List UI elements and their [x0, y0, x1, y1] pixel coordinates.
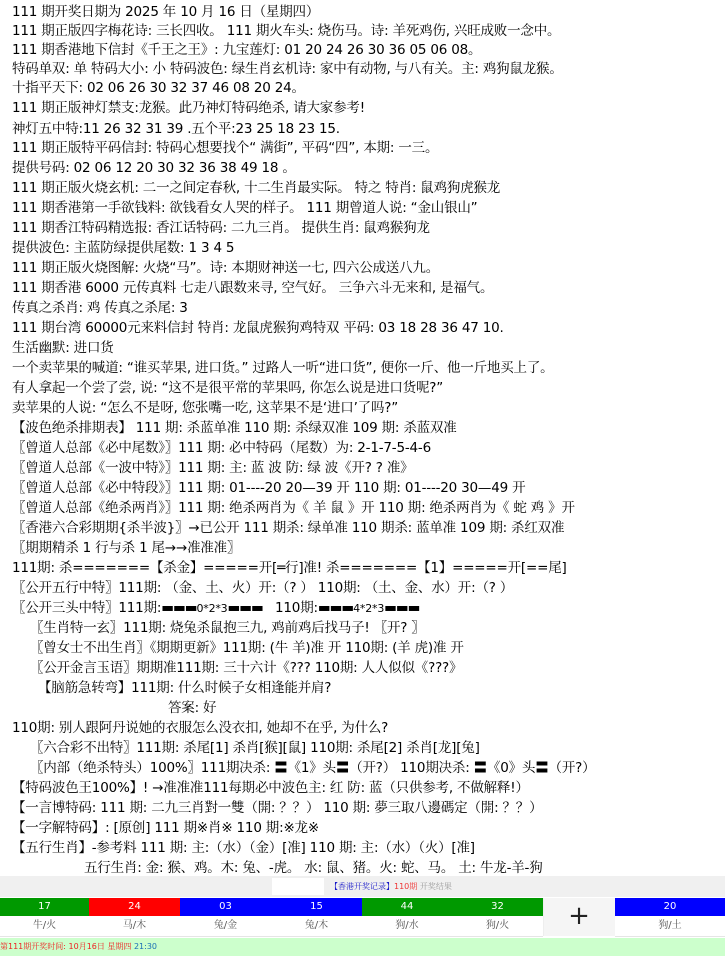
ball-number: 15	[271, 898, 362, 916]
results-issue: 110期	[394, 882, 417, 891]
result-ball: 03兔/金	[180, 898, 272, 936]
text-line: 卖苹果的人说: “怎么不是呀, 您张嘴一吃, 这苹果不是‘进口’了吗?”	[12, 398, 398, 418]
text-line: 〖公开金言玉语〗期期准111期: 三十六计《??? 110期: 人人似似《???…	[30, 658, 462, 678]
three-head-prefix: 〖公开三头中特〗111期:	[12, 600, 161, 616]
ball-zodiac: 兔/木	[271, 916, 362, 937]
text-line: 111 期正版火烧玄机: 二一之间定春秋, 十二生肖最实际。 特之 特肖: 鼠鸡…	[12, 178, 500, 198]
text-line: 【一言博特码: 111 期: 二九三肖對一雙（開: ？？） 110 期: 夢三取…	[12, 798, 542, 818]
result-ball: 44狗/水	[362, 898, 453, 936]
three-head-code-110: 4*2*3	[353, 602, 384, 615]
ball-number: 44	[362, 898, 452, 916]
text-line: 110期: 别人跟阿丹说她的衣服怎么没衣扣, 她却不在乎, 为什么?	[12, 718, 388, 738]
special-ball: 20狗/土	[615, 898, 725, 936]
text-line: 〖生肖特一玄〗111期: 烧兔杀鼠抱三九, 鸡前鸡后找马子! 〖开? 〗	[30, 618, 425, 638]
ball-zodiac: 狗/水	[362, 916, 452, 937]
ball-number: 03	[180, 898, 271, 916]
text-line: 神灯五中特:11 26 32 31 39 .五个平:23 25 18 23 15…	[12, 119, 340, 139]
text-line: 〖曾女士不出生肖〗《期期更新》111期: (牛 羊)准 开 110期: (羊 虎…	[30, 638, 464, 658]
ball-zodiac: 牛/火	[0, 916, 89, 937]
ball-number: 17	[0, 898, 89, 916]
text-line: 111 期正版特平码信封: 特码心想要找个“ 满街”, 平码“四”, 本期: 一…	[12, 138, 438, 158]
three-head-line: 〖公开三头中特〗111期:▬▬▬0*2*3▬▬▬ 110期:▬▬▬4*2*3▬▬…	[12, 598, 419, 619]
three-head-code-111: 0*2*3	[196, 602, 227, 615]
text-line: 111 期香港 6000 元传真料 七走八跟数来寻, 空气好。 三争六斗无来和,…	[12, 278, 493, 298]
text-line: 有人拿起一个尝了尝, 说: “这不是很平常的苹果吗, 你怎么说是进口货呢?”	[12, 378, 443, 398]
special-number: 20	[615, 898, 725, 916]
text-line: 111 期开奖日期为 2025 年 10 月 16 日（星期四）	[12, 2, 319, 22]
text-line: 传真之杀肖: 鸡 传真之杀尾: 3	[12, 298, 188, 318]
plus-icon: +	[543, 898, 615, 936]
text-line: 生活幽默: 进口货	[12, 338, 114, 358]
results-title-link[interactable]: 【香港开奖记录】110期 开奖结果	[330, 876, 452, 897]
result-ball: 24马/木	[89, 898, 181, 936]
result-ball: 15兔/木	[271, 898, 363, 936]
text-line: 【特码波色王100%】! →准准准111每期必中波色主: 红 防: 蓝（只供参考…	[12, 778, 529, 798]
bar-block-icon: ▬▬▬	[161, 598, 196, 618]
text-line: 〖公开五行中特〗111期: （金、土、火）开:（? ） 110期: （土、金、水…	[12, 578, 513, 598]
results-panel: 【香港开奖记录】110期 开奖结果 + 17牛/火24马/木03兔/金15兔/木…	[0, 876, 725, 956]
text-line: 111 期台湾 60000元来料信封 特肖: 龙鼠虎猴狗鸡特双 平码: 03 1…	[12, 318, 504, 338]
text-line: 111 期正版火烧图解: 火烧“马”。诗: 本期财神送一七, 四六公成送八九。	[12, 258, 439, 278]
bar-block-icon: ▬▬▬	[227, 598, 262, 618]
result-ball: 32狗/火	[452, 898, 544, 936]
text-line: 111 期香港第一手欲钱料: 欲钱看女人哭的样子。 111 期曾道人说: “金山…	[12, 198, 477, 218]
ball-row: + 17牛/火24马/木03兔/金15兔/木44狗/水32狗/火20狗/土	[0, 898, 725, 936]
text-line: 111 期香江特码精选报: 香江话特码: 二九三肖。 提供生肖: 鼠鸡猴狗龙	[12, 218, 430, 238]
results-sub: 开奖结果	[420, 882, 452, 891]
ball-zodiac: 马/木	[89, 916, 180, 937]
draw-time-bar: 第111期开奖时间: 10月16日 星期四 21:30	[0, 938, 725, 956]
text-line: 【一字解特码】: [原创] 111 期※肖※ 110 期:※龙※	[12, 818, 319, 838]
text-line: 〖期期精杀 1 行与杀 1 尾→→准准准〗	[12, 538, 240, 558]
text-line: 五行生肖: 金: 猴、鸡。木: 兔、-虎。 水: 鼠、猪。火: 蛇、马。 土: …	[84, 858, 543, 878]
text-line: 111 期正版四字梅花诗: 三长四收。 111 期火车头: 烧伤马。诗: 羊死鸡…	[12, 21, 560, 41]
draw-date: 10月16日 星期四	[69, 942, 132, 951]
draw-time: 21:30	[134, 942, 157, 951]
result-ball: 17牛/火	[0, 898, 90, 936]
text-line: 〖曾道人总部《一波中特》〗111 期: 主: 蓝 波 防: 绿 波《开? ? 准…	[12, 458, 413, 478]
text-line: 【五行生肖】-参考料 111 期: 主:（水）（金）[准] 110 期: 主:（…	[12, 838, 475, 858]
text-line: 特码单双: 单 特码大小: 小 特码波色: 绿生肖玄机诗: 家中有动物, 与八有…	[12, 59, 563, 79]
text-line: 十指平天下: 02 06 26 30 32 37 46 08 20 24。	[12, 78, 305, 98]
ball-zodiac: 兔/金	[180, 916, 271, 937]
text-line: 【波色绝杀排期表】 111 期: 杀蓝单准 110 期: 杀绿双准 109 期:…	[12, 418, 457, 438]
text-line: 〖六合彩不出特〗111期: 杀尾[1] 杀肖[猴][鼠] 110期: 杀尾[2]…	[30, 738, 480, 758]
ball-number: 32	[452, 898, 543, 916]
text-line: 提供波色: 主蓝防绿提供尾数: 1 3 4 5	[12, 238, 234, 258]
bar-block-icon: ▬▬▬	[318, 598, 353, 618]
text-line: 【脑筋急转弯】111期: 什么时候子女相逢能并肩?	[38, 678, 331, 698]
results-title: 【香港开奖记录】	[330, 882, 394, 891]
text-line: 〖内部（绝杀特头）100%〗111期决杀: 〓《1》头〓（开?） 110期决杀:…	[30, 758, 595, 778]
three-head-mid: 110期:	[275, 600, 318, 616]
text-line: 提供号码: 02 06 12 20 30 32 36 38 49 18 。	[12, 158, 296, 178]
text-line: 〖曾道人总部《绝杀两肖》〗111 期: 绝杀两肖为《 羊 鼠 》开 110 期:…	[12, 498, 575, 518]
results-header: 【香港开奖记录】110期 开奖结果	[0, 876, 725, 897]
draw-time-label: 第111期开奖时间:	[0, 942, 66, 951]
text-line: 〖曾道人总部《必中特段》〗111 期: 01----20 20—39 开 110…	[12, 478, 525, 498]
bar-block-icon: ▬▬▬	[384, 598, 419, 618]
text-line: 〖香港六合彩期期{杀半波}〗→已公开 111 期杀: 绿单准 110 期杀: 蓝…	[12, 518, 564, 538]
header-blank	[272, 878, 324, 895]
special-zodiac: 狗/土	[615, 916, 725, 937]
text-line: 〖曾道人总部《必中尾数》〗111 期: 必中特码（尾数）为: 2-1-7-5-4…	[12, 438, 431, 458]
text-line: 111期: 杀=======【杀金】=====开[═行]准! 杀=======【…	[12, 558, 567, 578]
ball-zodiac: 狗/火	[452, 916, 543, 937]
text-line: 一个卖苹果的喊道: “谁买苹果, 进口货。” 过路人一听“进口货”, 便你一斤、…	[12, 358, 553, 378]
text-line: 111 期香港地下信封《千王之王》: 九宝莲灯: 01 20 24 26 30 …	[12, 40, 481, 60]
text-line: 111 期正版神灯禁支:龙猴。此乃神灯特码绝杀, 请大家参考!	[12, 98, 365, 118]
ball-number: 24	[89, 898, 180, 916]
text-line: 答案: 好	[168, 698, 216, 718]
